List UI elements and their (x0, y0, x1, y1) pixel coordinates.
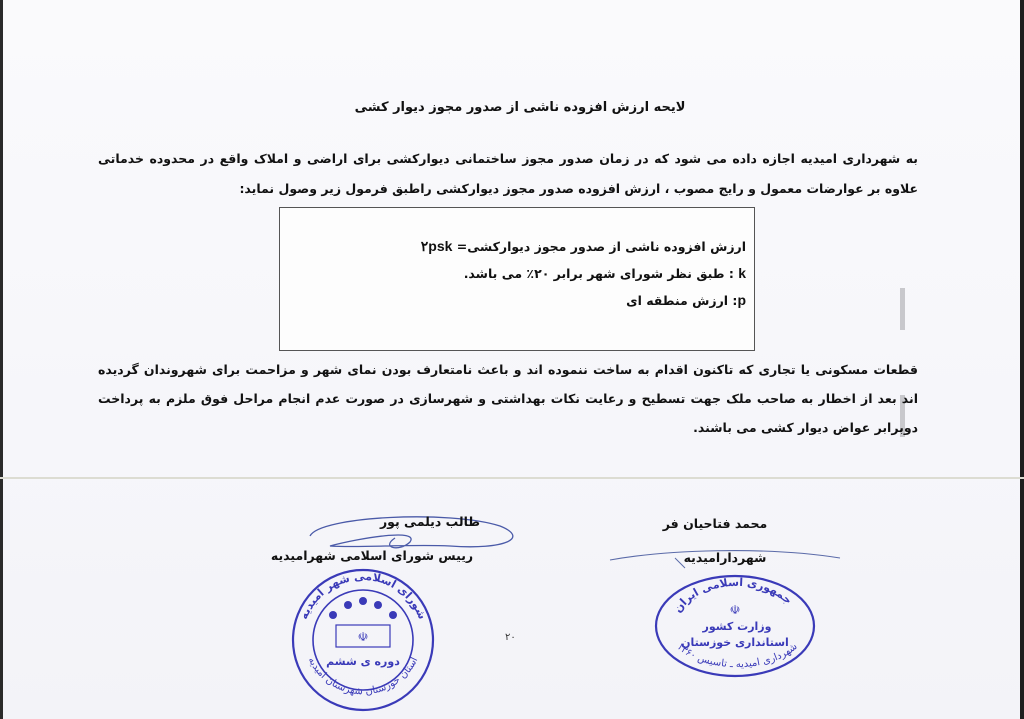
page-number: ۲۰ (505, 632, 516, 643)
scan-artifact (900, 288, 905, 330)
formula-expression: ۲psk (421, 238, 453, 254)
seal-top-text: شورای اسلامی شهر امیدیه (297, 570, 429, 621)
paper-fold-line (0, 477, 1024, 479)
municipality-seal-stamp: جمهوری اسلامی ایران ☫ وزارت کشور استاندا… (652, 572, 818, 680)
council-head-title: رییس شورای اسلامی شهرامیدیه (262, 548, 482, 563)
mayor-title: شهردارامیدیه (670, 550, 780, 565)
scan-border-left (0, 0, 3, 719)
seal-line-2: وزارت کشور (702, 620, 772, 633)
svg-text:شورای اسلامی شهر امیدیه: شورای اسلامی شهر امیدیه (297, 570, 429, 621)
council-seal-stamp: شورای اسلامی شهر امیدیه استان خوزستان شه… (288, 565, 438, 715)
document-title: لایحه ارزش افزوده ناشی از صدور مجوز دیوا… (340, 100, 700, 115)
formula-line-k: k : طبق نظر شورای شهر برابر ۲۰٪ می باشد. (421, 260, 746, 287)
variable-p: p (737, 292, 746, 308)
formula-label: ارزش افزوده ناشی از صدور مجوز دیوارکشی= (452, 239, 746, 254)
people-figures-icon (329, 597, 397, 619)
seal-center-text: دوره ی ششم (326, 655, 400, 668)
formula-box: ارزش افزوده ناشی از صدور مجوز دیوارکشی= … (279, 207, 755, 351)
seal-line-3: استانداری خوزستان (681, 636, 789, 649)
mayor-name: محمد فتاحیان فر (650, 516, 780, 531)
iran-emblem-icon: ☫ (730, 603, 741, 617)
variable-p-definition: : ارزش منطقه ای (626, 293, 737, 308)
variable-k-definition: : طبق نظر شورای شهر برابر ۲۰٪ می باشد. (464, 266, 739, 281)
scanned-page: لایحه ارزش افزوده ناشی از صدور مجوز دیوا… (0, 0, 1024, 719)
formula-line-main: ارزش افزوده ناشی از صدور مجوز دیوارکشی= … (421, 233, 746, 260)
formula-lines: ارزش افزوده ناشی از صدور مجوز دیوارکشی= … (421, 233, 746, 314)
formula-line-p: p: ارزش منطقه ای (421, 287, 746, 314)
scan-border-right (1020, 0, 1024, 719)
variable-k: k (738, 265, 746, 281)
paragraph-penalty: قطعات مسکونی یا تجاری که تاکنون اقدام به… (98, 355, 918, 442)
iran-emblem-icon: ☫ (358, 630, 369, 644)
council-head-name: طالب دیلمی پور (370, 514, 490, 529)
paragraph-intro: به شهرداری امیدیه اجازه داده می شود که د… (98, 144, 918, 204)
